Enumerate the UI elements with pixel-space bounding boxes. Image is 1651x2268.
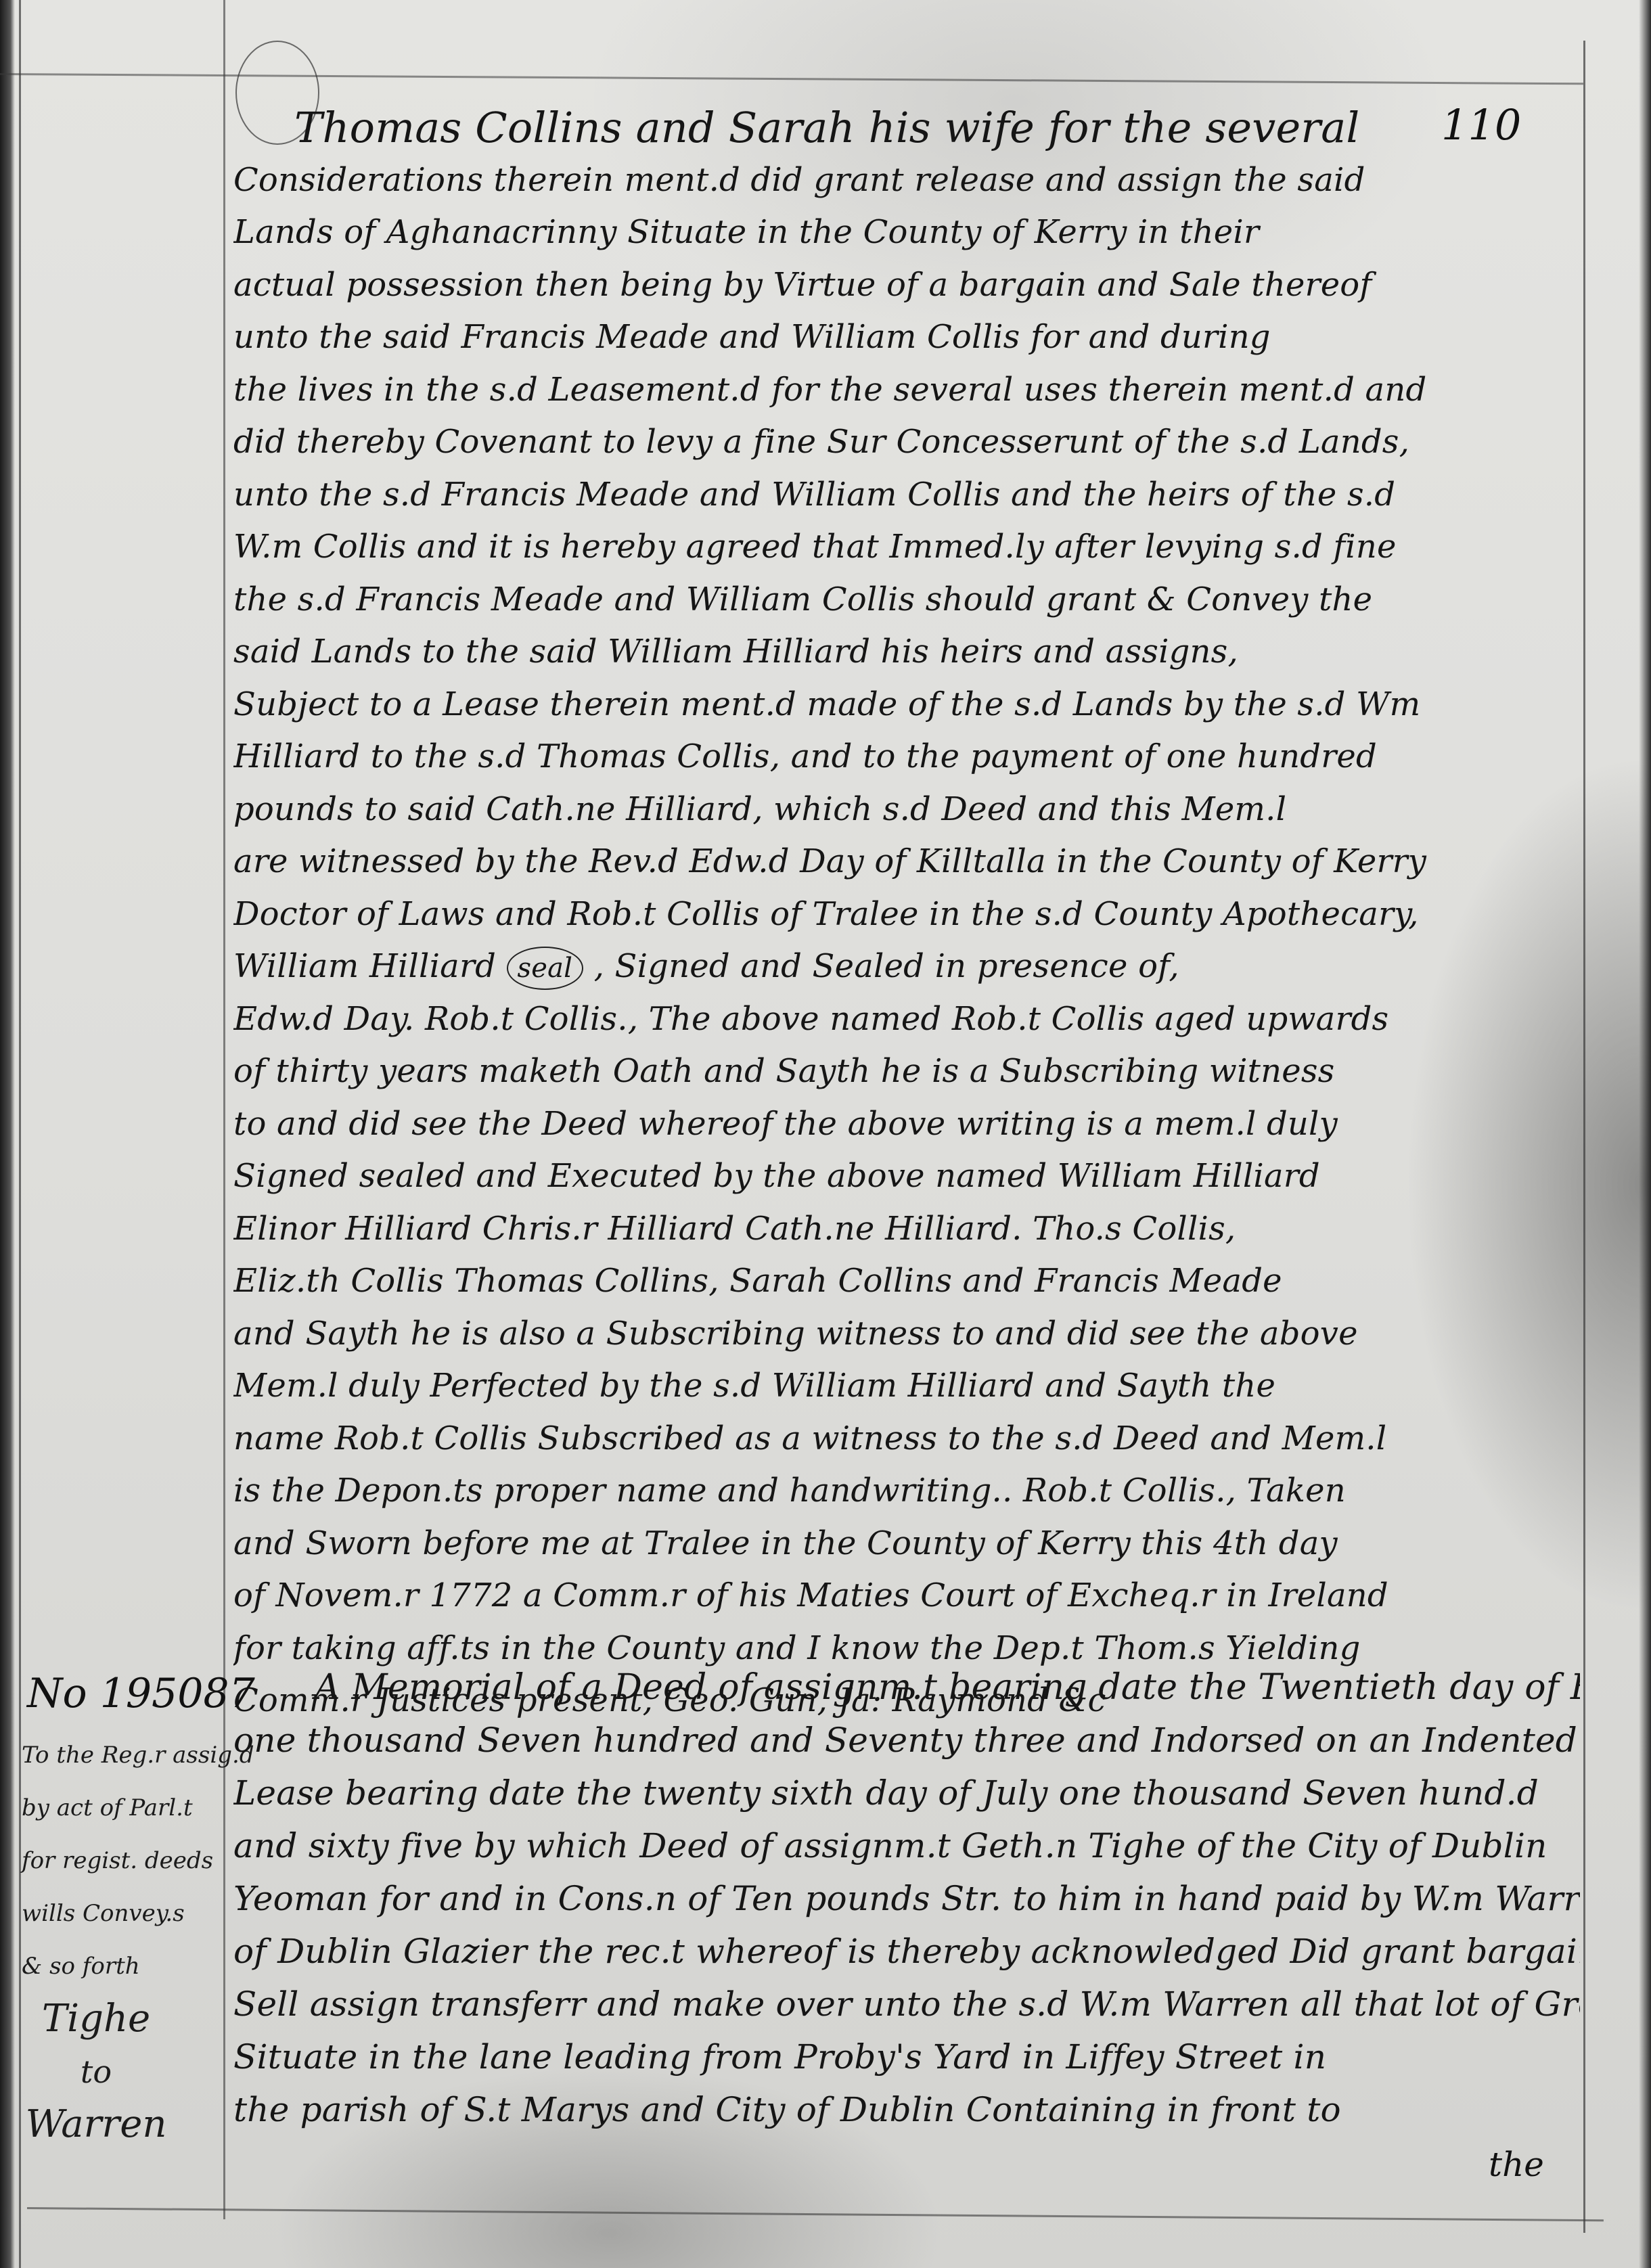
text-line: Lease bearing date the twenty sixth day … <box>233 1767 1580 1819</box>
text-line: and Sayth he is also a Subscribing witne… <box>233 1308 1580 1361</box>
text-line: Considerations therein ment.d did grant … <box>233 154 1580 207</box>
register-page: 110 Thomas Collins and Sarah his wife fo… <box>0 0 1651 2268</box>
text-line: to and did see the Deed whereof the abov… <box>233 1098 1580 1151</box>
text-line: Thomas Collins and Sarah his wife for th… <box>233 101 1580 154</box>
text-line: A Memorial of a Deed of assignm.t bearin… <box>233 1661 1580 1714</box>
text-line: unto the said Francis Meade and William … <box>233 311 1580 364</box>
text-line: said Lands to the said William Hilliard … <box>233 626 1580 679</box>
margin-note-line: by act of Parl.t <box>22 1782 221 1834</box>
text-line: Hilliard to the s.d Thomas Collis, and t… <box>233 731 1580 784</box>
text-line: the s.d Francis Meade and William Collis… <box>233 574 1580 627</box>
signed-sealed-text: , Signed and Sealed in presence of, <box>594 947 1179 985</box>
binding-shadow-left <box>0 0 15 2268</box>
margin-note-line: To the Reg.r assig.d <box>22 1729 221 1782</box>
text-line: Lands of Aghanacrinny Situate in the Cou… <box>233 206 1580 259</box>
right-margin-rule <box>1583 41 1585 2233</box>
text-line: the parish of S.t Marys and City of Dubl… <box>233 2083 1580 2136</box>
text-line: Mem.l duly Perfected by the s.d William … <box>233 1360 1580 1413</box>
text-line: of Novem.r 1772 a Comm.r of his Maties C… <box>233 1570 1580 1623</box>
margin-note-line: for regist. deeds <box>22 1834 221 1887</box>
memorial-continuation: Thomas Collins and Sarah his wife for th… <box>233 101 1580 1727</box>
text-line: is the Depon.ts proper name and handwrit… <box>233 1465 1580 1518</box>
text-line: W.m Collis and it is hereby agreed that … <box>233 521 1580 574</box>
text-line: Sell assign transferr and make over unto… <box>233 1978 1580 2031</box>
text-line: Situate in the lane leading from Proby's… <box>233 2031 1580 2083</box>
text-line: Edw.d Day. Rob.t Collis., The above name… <box>233 993 1580 1046</box>
text-line: did thereby Covenant to levy a fine Sur … <box>233 416 1580 469</box>
text-line: Yeoman for and in Cons.n of Ten pounds S… <box>233 1872 1580 1925</box>
margin-note-line: & so forth <box>22 1940 221 1993</box>
margin-note-line: wills Convey.s <box>22 1887 221 1940</box>
text-line: actual possession then being by Virtue o… <box>233 259 1580 312</box>
text-line: Eliz.th Collis Thomas Collins, Sarah Col… <box>233 1255 1580 1308</box>
margin-note: To the Reg.r assig.d by act of Parl.t fo… <box>22 1729 221 2151</box>
text-line: name Rob.t Collis Subscribed as a witnes… <box>233 1413 1580 1466</box>
memorial-entry: A Memorial of a Deed of assignm.t bearin… <box>233 1661 1580 2136</box>
text-line: Signed sealed and Executed by the above … <box>233 1150 1580 1203</box>
text-line: and sixty five by which Deed of assignm.… <box>233 1819 1580 1872</box>
text-line: one thousand Seven hundred and Seventy t… <box>233 1714 1580 1767</box>
signatory-name: William Hilliard <box>233 947 496 985</box>
seal-mark: seal <box>507 947 584 990</box>
grantee-name: Warren <box>22 2098 171 2151</box>
text-line: and Sworn before me at Tralee in the Cou… <box>233 1518 1580 1570</box>
text-line: of thirty years maketh Oath and Sayth he… <box>233 1045 1580 1098</box>
text-line: Doctor of Laws and Rob.t Collis of Trale… <box>233 888 1580 941</box>
text-line: Subject to a Lease therein ment.d made o… <box>233 679 1580 731</box>
signature-line: William Hilliard seal , Signed and Seale… <box>233 940 1580 993</box>
bottom-rule <box>27 2207 1604 2221</box>
party-connector: to <box>22 2045 171 2098</box>
binding-shadow-right <box>1639 0 1651 2268</box>
text-line: the lives in the s.d Leasement.d for the… <box>233 364 1580 417</box>
text-line: unto the s.d Francis Meade and William C… <box>233 469 1580 522</box>
text-line: are witnessed by the Rev.d Edw.d Day of … <box>233 836 1580 888</box>
left-margin-rule <box>223 0 225 2219</box>
outer-margin-rule <box>19 0 21 2268</box>
text-line: pounds to said Cath.ne Hilliard, which s… <box>233 784 1580 836</box>
entry-number: No 195087 <box>27 1670 255 1717</box>
grantor-name: Tighe <box>22 1993 171 2045</box>
catchword: the <box>1489 2145 1544 2184</box>
text-line: Elinor Hilliard Chris.r Hilliard Cath.ne… <box>233 1203 1580 1256</box>
text-line: of Dublin Glazier the rec.t whereof is t… <box>233 1925 1580 1978</box>
